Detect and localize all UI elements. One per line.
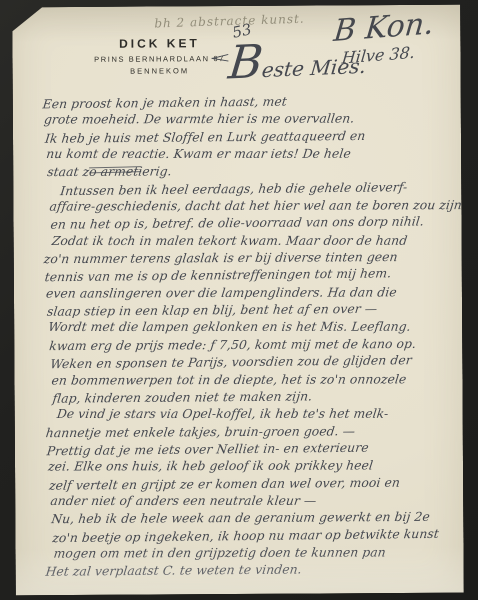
letter-body: Een proost kon je maken in haast, metgro… [47, 93, 476, 581]
handwriting-line: flap, kinderen zouden niet te maken zijn… [52, 387, 476, 408]
handwriting-line: Het zal verplaatst C. te weten te vinden… [45, 560, 477, 581]
handwriting-line: zelf vertelt en grijpt ze er komen dan w… [48, 474, 476, 495]
handwriting-line: ander niet of anders een neutrale kleur … [49, 493, 476, 511]
salutation: Beste Mies. [227, 47, 368, 84]
handwriting-line: De vind je stars via Opel-koffel, ik heb… [44, 406, 476, 424]
handwriting-line: Wordt met die lampen geklonken en is het… [47, 319, 475, 337]
handwriting-line: zei. Elke ons huis, ik heb geloof ik ook… [47, 457, 476, 476]
letterhead-old-number-scribbled: 67 [213, 54, 225, 63]
printed-letterhead: DICK KET PRINS BERNHARDLAAN 67 BENNEKOM … [64, 36, 254, 76]
handwriting-line: en nu het op is, betref. de olie-voorraa… [49, 213, 474, 234]
letterhead-street: PRINS BERNHARDLAAN 67 [65, 54, 255, 64]
handwriting-line: nu komt de reactie. Kwam er maar iets! D… [45, 146, 474, 164]
handwriting-line: grote moeheid. De warmte hier is me over… [43, 110, 474, 129]
handwriting-line: Ik heb je huis met Sloffel en Lurk geatt… [44, 127, 474, 148]
ink-underline-reactie [89, 166, 141, 173]
corner-annotation-name: B Kon. [332, 9, 435, 47]
letterhead-name: DICK KET [64, 36, 254, 51]
letterhead-street-text: PRINS BERNHARDLAAN [94, 54, 210, 64]
letterhead-city: BENNEKOM [65, 66, 255, 76]
handwriting-line: Zodat ik toch in malen tekort kwam. Maar… [51, 232, 475, 250]
letter-paper: bh 2 abstracte kunst. B Kon. Hilve 38. D… [12, 5, 464, 596]
pencil-annotation: bh 2 abstracte kunst. [154, 12, 305, 31]
